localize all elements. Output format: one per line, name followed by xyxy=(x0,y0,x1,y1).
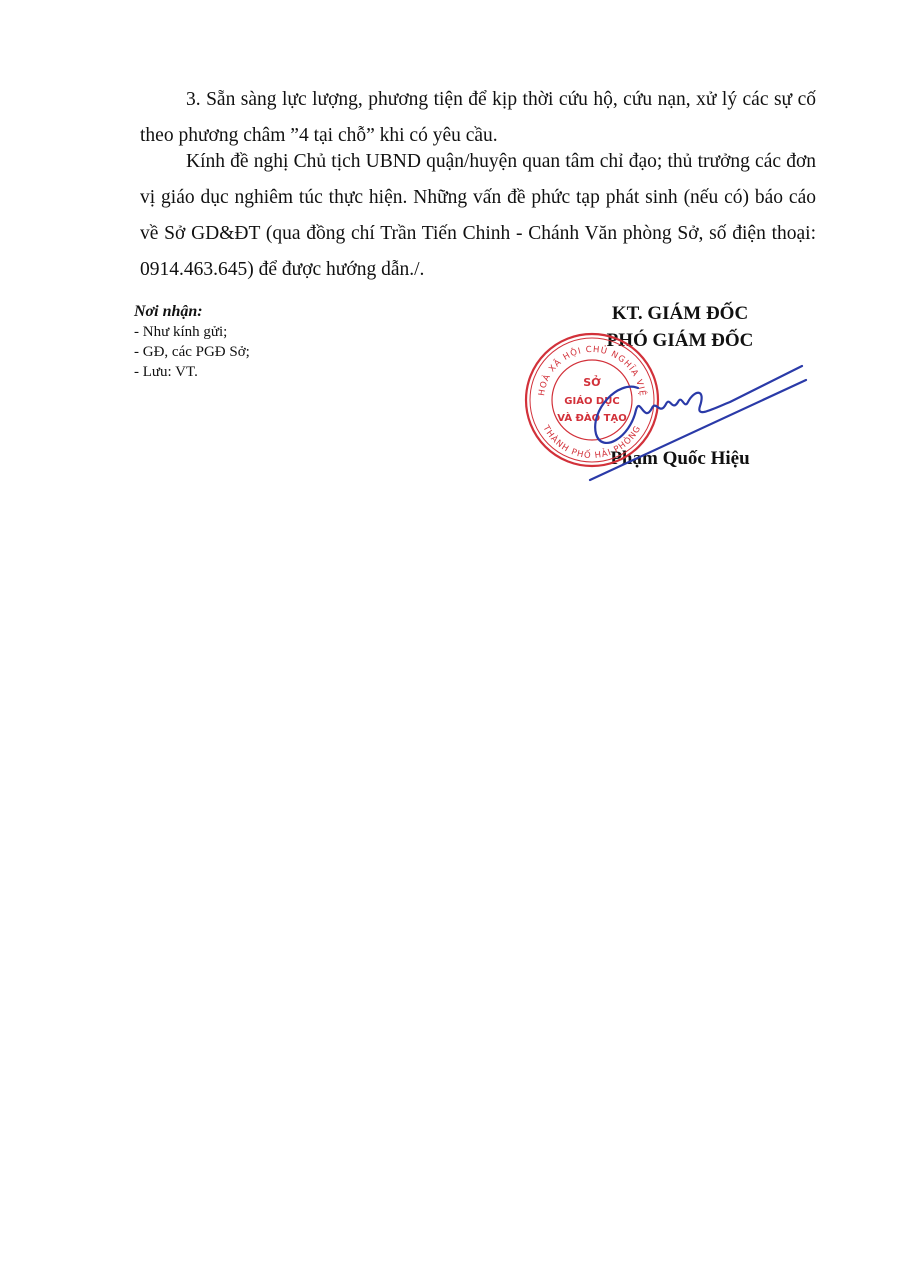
signature-title-line1: KT. GIÁM ĐỐC xyxy=(560,300,800,327)
recipients-block: Nơi nhận: - Như kính gửi; - GĐ, các PGĐ … xyxy=(134,302,250,382)
recipient-item: - GĐ, các PGĐ Sở; xyxy=(134,342,250,362)
recipient-item: - Lưu: VT. xyxy=(134,362,250,382)
closing-paragraph: Kính đề nghị Chủ tịch UBND quận/huyện qu… xyxy=(140,144,816,288)
recipient-item: - Như kính gửi; xyxy=(134,322,250,342)
recipients-heading: Nơi nhận: xyxy=(134,302,250,322)
document-page: 3. Sẵn sàng lực lượng, phương tiện để kị… xyxy=(0,0,900,1273)
handwritten-signature xyxy=(560,350,810,490)
